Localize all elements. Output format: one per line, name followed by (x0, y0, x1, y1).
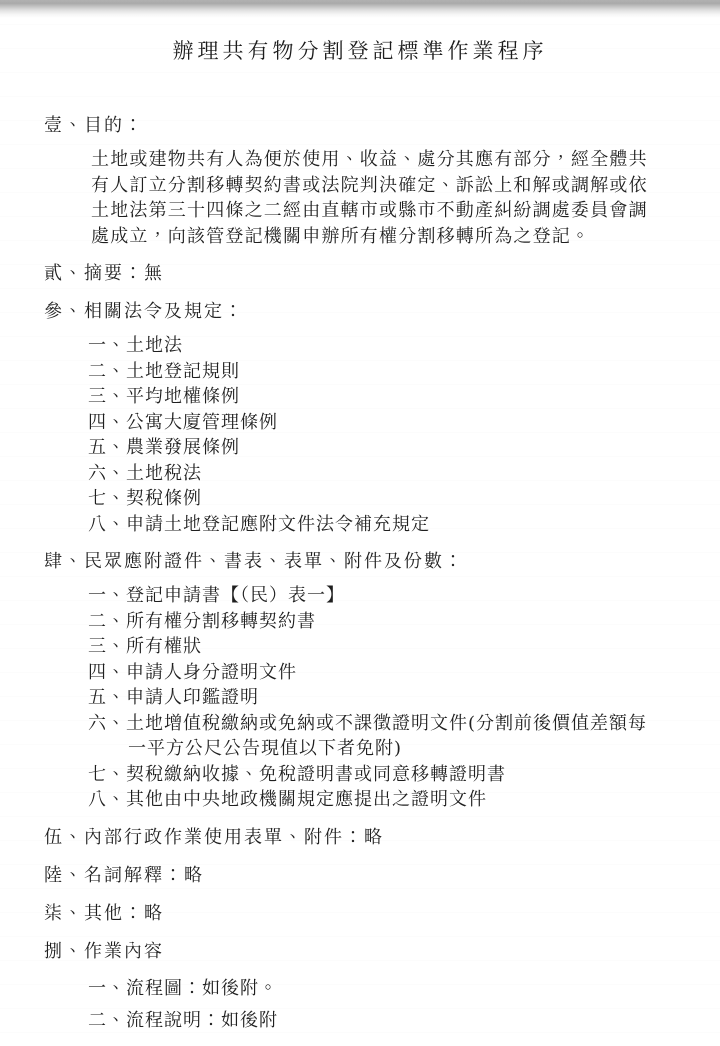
section-purpose-heading: 壹、目的： (44, 113, 690, 139)
document-item: 五、申請人印鑑證明 (88, 685, 690, 711)
law-item: 四、公寓大廈管理條例 (88, 410, 690, 436)
purpose-line-2: 有人訂立分割移轉契約書或法院判決確定、訴訟上和解或調解或依 (91, 173, 691, 199)
document-item: 四、申請人身分證明文件 (88, 660, 690, 686)
law-item: 一、土地法 (88, 333, 690, 359)
procedure-list: 一、流程圖：如後附。 二、流程說明：如後附 (88, 973, 690, 1037)
purpose-paragraph: 土地或建物共有人為便於使用、收益、處分其應有部分，經全體共 有人訂立分割移轉契約… (91, 147, 691, 249)
document-item: 七、契稅繳納收據、免稅證明書或同意移轉證明書 (88, 762, 690, 788)
page-top-shadow (0, 0, 720, 18)
section-summary-heading: 貳、摘要：無 (44, 261, 690, 287)
law-item: 二、土地登記規則 (88, 359, 690, 385)
law-item: 三、平均地權條例 (88, 384, 690, 410)
section-procedure: 捌、作業內容 一、流程圖：如後附。 二、流程說明：如後附 (44, 939, 690, 1037)
document-item-continuation: 一平方公尺公告現值以下者免附) (88, 736, 690, 762)
purpose-line-4: 處成立，向該管登記機關申辦所有權分割移轉所為之登記。 (91, 224, 691, 250)
purpose-line-1: 土地或建物共有人為便於使用、收益、處分其應有部分，經全體共 (91, 147, 691, 173)
section-documents: 肆、民眾應附證件、書表、表單、附件及份數： 一、登記申請書【（民）表一】 二、所… (44, 549, 690, 813)
law-item: 六、土地稅法 (88, 461, 690, 487)
law-item: 八、申請土地登記應附文件法令補充規定 (88, 512, 690, 538)
law-item: 七、契稅條例 (88, 486, 690, 512)
document-item: 八、其他由中央地政機關規定應提出之證明文件 (88, 787, 690, 813)
section-laws-heading: 參、相關法令及規定： (44, 299, 690, 325)
document-item: 三、所有權狀 (88, 634, 690, 660)
section-purpose: 壹、目的： 土地或建物共有人為便於使用、收益、處分其應有部分，經全體共 有人訂立… (44, 113, 690, 249)
section-others: 柒、其他：略 (44, 901, 690, 927)
document-item: 二、所有權分割移轉契約書 (88, 609, 690, 635)
document-item: 一、登記申請書【（民）表一】 (88, 583, 690, 609)
section-procedure-heading: 捌、作業內容 (44, 939, 690, 965)
laws-list: 一、土地法 二、土地登記規則 三、平均地權條例 四、公寓大廈管理條例 五、農業發… (88, 333, 690, 537)
section-internal-forms: 伍、內部行政作業使用表單、附件：略 (44, 825, 690, 851)
document-page: 辦理共有物分割登記標準作業程序 壹、目的： 土地或建物共有人為便於使用、收益、處… (0, 0, 720, 1046)
purpose-line-3: 土地法第三十四條之二經由直轄市或縣市不動產糾紛調處委員會調 (91, 198, 691, 224)
section-laws: 參、相關法令及規定： 一、土地法 二、土地登記規則 三、平均地權條例 四、公寓大… (44, 299, 690, 537)
section-terms: 陸、名詞解釋：略 (44, 863, 690, 889)
section-documents-heading: 肆、民眾應附證件、書表、表單、附件及份數： (44, 549, 690, 575)
document-item: 六、土地增值稅繳納或免納或不課徵證明文件(分割前後價值差額每 (88, 711, 690, 737)
section-internal-forms-heading: 伍、內部行政作業使用表單、附件：略 (44, 825, 690, 851)
procedure-item: 二、流程說明：如後附 (88, 1005, 690, 1037)
document-content: 壹、目的： 土地或建物共有人為便於使用、收益、處分其應有部分，經全體共 有人訂立… (0, 66, 720, 1037)
section-summary: 貳、摘要：無 (44, 261, 690, 287)
section-others-heading: 柒、其他：略 (44, 901, 690, 927)
procedure-item: 一、流程圖：如後附。 (88, 973, 690, 1005)
section-terms-heading: 陸、名詞解釋：略 (44, 863, 690, 889)
law-item: 五、農業發展條例 (88, 435, 690, 461)
documents-list: 一、登記申請書【（民）表一】 二、所有權分割移轉契約書 三、所有權狀 四、申請人… (88, 583, 690, 813)
